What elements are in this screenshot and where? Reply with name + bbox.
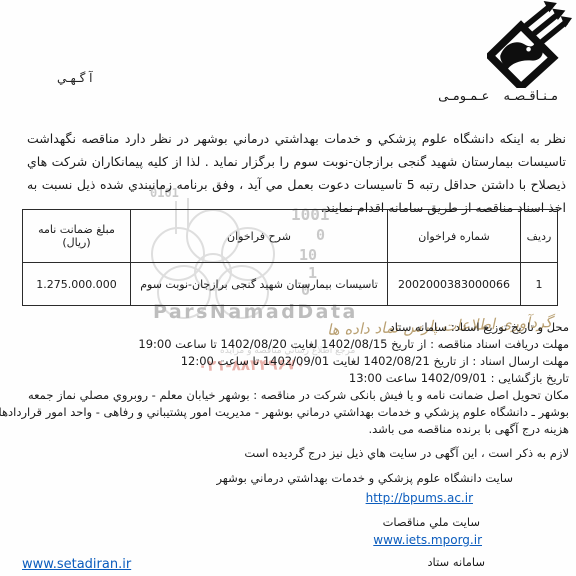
link-setadiran[interactable]: www.setadiran.ir (22, 557, 131, 572)
detail-ad-cost: هزینه درج آگهی با برنده مناقصه می باشد. (368, 422, 569, 436)
table-header-row: ردیف شماره فراخوان شرح فراخوان مبلغ ضمان… (23, 210, 558, 263)
organization-logo-icon (487, 1, 572, 88)
link-bpums[interactable]: http://bpums.ac.ir (366, 491, 473, 505)
guarantee-header-line1: مبلغ ضمانت نامه (26, 223, 127, 236)
detail-delivery-place-2: بوشهر ـ دانشگاه علوم پزشکي و خدمات بهداش… (0, 405, 569, 419)
col-header-description: شرح فراخوان (131, 210, 388, 263)
cell-row-number: 1 (521, 263, 558, 306)
intro-paragraph: نظر به اینکه دانشگاه علوم پزشکي و خدمات … (27, 127, 566, 219)
col-header-guarantee: مبلغ ضمانت نامه (ریال) (23, 210, 131, 263)
col-header-row-number: ردیف (521, 210, 558, 263)
detail-submit-deadline: مهلت ارسال اسناد : از تاریخ 1402/08/21 ل… (181, 354, 569, 368)
cell-description: تاسیسات بیمارستان شهید گنجی برازجان-نوبت… (131, 263, 388, 306)
site-label-national-tenders: سایت ملي مناقصات (383, 515, 480, 529)
site-label-setad: سامانه ستاد (427, 555, 485, 569)
link-iets[interactable]: www.iets.mporg.ir (373, 533, 482, 547)
detail-distribution-place: محل و تاریخ توزیع اسناد: سامانه ستاد (390, 320, 569, 334)
ad-label: آ گـهـي (57, 71, 92, 85)
detail-delivery-place-1: مکان تحویل اصل ضمانت نامه و یا فیش بانکی… (28, 388, 569, 402)
cell-guarantee-amount: 1.275.000.000 (23, 263, 131, 306)
document-page: 0101 1001 0 10 1 0 ParsNamadData گردآوری… (0, 0, 576, 576)
table-row: 1 2002000383000066 تاسیسات بیمارستان شهی… (23, 263, 558, 306)
cell-call-number: 2002000383000066 (388, 263, 521, 306)
tender-table: ردیف شماره فراخوان شرح فراخوان مبلغ ضمان… (22, 209, 558, 306)
guarantee-header-line2: (ریال) (26, 236, 127, 249)
note-line: لازم به ذکر است ، این آگهی در سایت هاي ذ… (244, 446, 569, 460)
col-header-call-number: شماره فراخوان (388, 210, 521, 263)
detail-receive-deadline: مهلت دریافت اسناد مناقصه : از تاریخ 1402… (138, 337, 569, 351)
detail-opening-date: تاریخ بازگشایی : 1402/09/01 ساعت 13:00 (349, 371, 569, 385)
page-title: مـنـاقـصـه عـمـومـی (438, 89, 558, 104)
site-label-university: سایت دانشگاه علوم پزشکي و خدمات بهداشتي … (216, 471, 513, 485)
